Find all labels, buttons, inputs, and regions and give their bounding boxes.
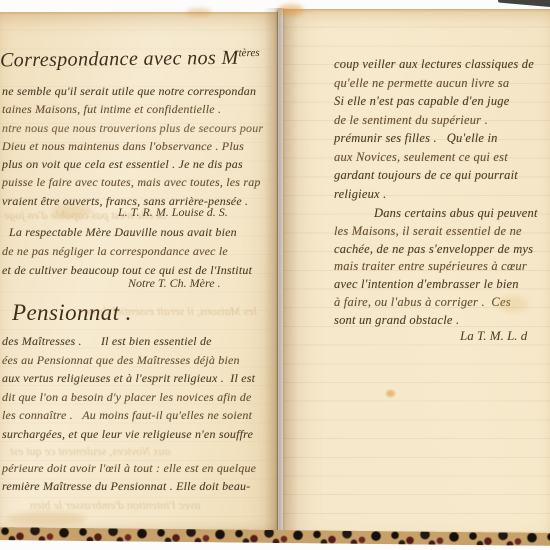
handwritten-line: ées au Pensionnat que des Maîtresses déj…	[2, 351, 255, 370]
handwritten-line: surchargées, et que leur vie religieuse …	[2, 425, 255, 444]
handwritten-line: ne semble qu'il serait utile que notre c…	[2, 82, 263, 100]
handwritten-line: prémunir ses filles . Qu'elle in	[334, 129, 534, 148]
handwritten-line: ntre nous que nous trouverions plus de s…	[2, 119, 263, 137]
bleedthrough-text: aux Novices, seulement ce qui est	[10, 444, 171, 459]
heading-text: Correspondance avec nos M	[0, 47, 239, 71]
paragraph: La respectable Mère Dauville nous avait …	[2, 223, 252, 280]
cover-edge	[498, 0, 550, 8]
handwritten-line: gardant toujours de ce qui pourrait	[334, 166, 534, 185]
handwritten-line: taines Maisons, fut intime et confidenti…	[2, 100, 263, 118]
book-gutter-shadow	[264, 8, 298, 540]
right-page: coup veiller aux lectures classiques de …	[283, 9, 550, 538]
handwritten-line: coup veiller aux lectures classiques de	[334, 55, 534, 74]
handwritten-line: mais traiter entre supérieures à cœur	[334, 258, 538, 276]
handwritten-line: de le sentiment du supérieur .	[334, 111, 534, 130]
left-page: Correspondance avec nos Mtères ne semble…	[0, 12, 278, 531]
page-top-edge	[0, 12, 278, 15]
handwritten-line: Dans certains abus qui peuvent	[334, 205, 538, 223]
handwritten-line: les connaître . Au moins faut-il qu'elle…	[2, 406, 255, 425]
signature-line: La T. M. L. d	[460, 328, 527, 344]
handwritten-line: aux Novices, seulement ce qui est	[334, 148, 534, 167]
handwritten-line: à faire, ou l'abus à corriger . Ces	[334, 294, 538, 312]
signature-line: L. T. R. M. Louise d. S.	[118, 205, 228, 220]
signature-line: Notre T. Ch. Mère .	[128, 276, 221, 291]
handwritten-line: Si elle n'est pas capable d'en juge	[334, 92, 534, 111]
handwritten-line: remière Maîtresse du Pensionnat . Elle d…	[2, 478, 256, 496]
paragraph: des Maîtresses . Il est bien essentiel d…	[2, 332, 255, 444]
handwritten-line: les Maisons, il serait essentiel de ne	[334, 223, 538, 241]
handwritten-line: puisse le faire avec toutes, mais avec t…	[2, 173, 263, 191]
handwritten-line: aux vertus religieuses et à l'esprit rel…	[2, 369, 255, 388]
handwritten-line: périeure doit avoir l'œil à tout : elle …	[2, 460, 256, 478]
paragraph: ne semble qu'il serait utile que notre c…	[2, 82, 263, 210]
handwritten-line: sont un grand obstacle .	[334, 312, 538, 330]
book-gutter-crease	[277, 10, 278, 537]
paragraph: Dans certains abus qui peuvent les Maiso…	[334, 205, 538, 330]
bleedthrough-text: avec l'intention d'embrasser le bien	[30, 498, 200, 513]
handwritten-line: dit que l'on a besoin d'y placer les nov…	[2, 388, 255, 407]
handwritten-line: La respectable Mère Dauville nous avait …	[2, 223, 252, 242]
paragraph: coup veiller aux lectures classiques de …	[334, 55, 534, 203]
handwritten-line: religieux .	[334, 185, 534, 204]
manuscript-scan: Correspondance avec nos Mtères ne semble…	[0, 0, 550, 550]
handwritten-line: cachée, de ne pas s'envelopper de mys	[334, 241, 538, 259]
handwritten-line: qu'elle ne permette aucun livre sa	[334, 74, 534, 93]
section-heading-pensionnat: Pensionnat .	[12, 300, 132, 326]
paragraph: périeure doit avoir l'œil à tout : elle …	[2, 460, 256, 495]
handwritten-line: de ne pas négliger la correspondance ave…	[2, 242, 252, 261]
heading-superscript: tères	[239, 47, 260, 59]
handwritten-line: des Maîtresses . Il est bien essentiel d…	[2, 332, 255, 351]
section-heading-correspondance: Correspondance avec nos Mtères	[0, 47, 260, 73]
handwritten-line: plus on voit que cela est essentiel . Je…	[2, 155, 263, 173]
page-top-edge	[283, 9, 550, 12]
handwritten-line: avec l'intention d'embrasser le bien	[334, 276, 538, 294]
handwritten-line: Dieu et nous maintenus dans l'observance…	[2, 137, 263, 155]
